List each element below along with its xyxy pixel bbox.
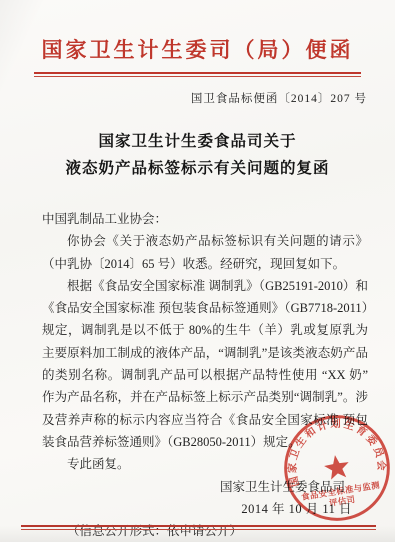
closing-phrase: 专此函复。 [42,453,368,475]
letter-title: 国家卫生计生委食品司关于 液态奶产品标签标示有关问题的复函 [20,128,375,182]
footer-rule [21,525,376,533]
letter-page: 国家卫生计生委司（局）便函 国卫食品标便函〔2014〕207 号 国家卫生计生委… [0,0,395,542]
letterhead-rule [34,72,361,80]
document-number: 国卫食品标便函〔2014〕207 号 [28,90,367,106]
letter-title-line1: 国家卫生计生委食品司关于 [20,128,375,155]
body-paragraph-2: 根据《食品安全国家标准 调制乳》（GB25191-2010）和《食品安全国家标准… [42,275,368,453]
letterhead-title: 国家卫生计生委司（局）便函 [18,34,377,64]
issue-date: 2014 年 10 月 11 日 [42,498,368,520]
letter-body: 中国乳制品工业协会： 你协会《关于液态奶产品标签标识有关问题的请示》（中乳协〔2… [42,208,368,542]
issuing-department: 国家卫生计生委食品司 [42,476,368,498]
salutation: 中国乳制品工业协会： [42,208,368,230]
body-paragraph-1: 你协会《关于液态奶产品标签标识有关问题的请示》（中乳协〔2014〕65 号）收悉… [42,230,368,275]
letter-title-line2: 液态奶产品标签标示有关问题的复函 [20,155,375,182]
